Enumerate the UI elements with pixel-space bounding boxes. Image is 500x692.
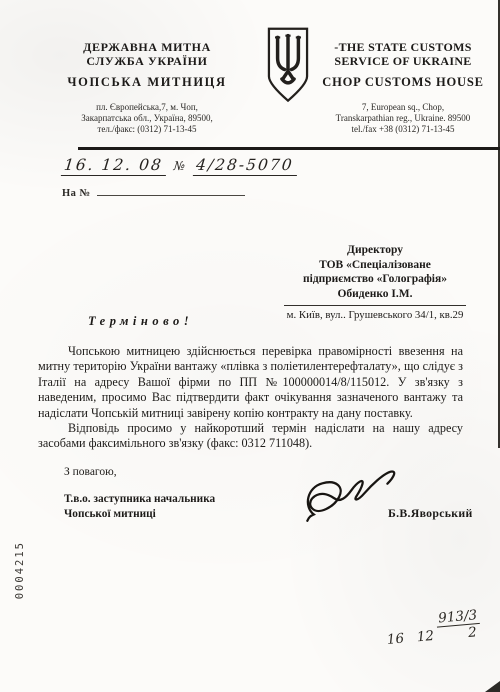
reply-reference-label: На №: [62, 188, 91, 199]
closing-phrase: З повагою,: [64, 466, 117, 478]
address-en-line3: tel./fax +38 (0312) 71-13-45: [312, 124, 494, 135]
address-en: 7, European sq., Chop, Transkarpathian r…: [312, 102, 494, 135]
signature-scribble: [296, 462, 408, 533]
address-ua-line3: тел./факс: (0312) 71-13-45: [52, 124, 242, 135]
office-name-en: CHOP CUSTOMS HOUSE: [312, 75, 494, 89]
handwritten-notes: 913/3 16 12 2: [385, 607, 482, 648]
org-name-ua-line1: ДЕРЖАВНА МИТНА: [52, 40, 242, 54]
letterhead-ua-block: ДЕРЖАВНА МИТНА СЛУЖБА УКРАЇНИ ЧОПСЬКА МИ…: [52, 40, 242, 135]
address-ua: пл. Європейська,7, м. Чоп, Закарпатська …: [52, 102, 242, 135]
body-paragraph-1: Чопською митницею здійснюється перевірка…: [38, 344, 463, 421]
reference-line: 16. 12. 08 № 4/28-5070: [61, 156, 299, 174]
recipient-block: Директору ТОВ «Спеціалізоване підприємст…: [268, 243, 482, 323]
scanned-letter-page: ДЕРЖАВНА МИТНА СЛУЖБА УКРАЇНИ ЧОПСЬКА МИ…: [0, 0, 500, 692]
address-en-line1: 7, European sq., Chop,: [312, 102, 494, 113]
scan-corner-artifact: [485, 681, 500, 692]
recipient-company-line2: підприємство «Голографія»: [268, 272, 482, 287]
signer-name: Б.В.Яворський: [388, 506, 473, 521]
address-en-line2: Transkarpathian reg., Ukraine. 89500: [312, 113, 494, 124]
recipient-person: Обиденко І.М.: [268, 287, 482, 302]
document-counter-stamp: 0004215: [14, 541, 26, 599]
signer-title-line1: Т.в.о. заступника начальника: [64, 492, 215, 507]
org-name-ua-line2: СЛУЖБА УКРАЇНИ: [52, 54, 242, 68]
office-name-ua: ЧОПСЬКА МИТНИЦЯ: [52, 75, 242, 89]
recipient-address: м. Київ, вул.. Грушевського 34/1, кв.29: [268, 308, 482, 323]
urgent-label: Терміново!: [88, 314, 193, 329]
reply-reference-blank: [97, 184, 245, 196]
handwritten-ref-number: 4/28-5070: [193, 156, 299, 176]
number-sign: №: [173, 159, 188, 173]
org-name-en-line2: SERVICE OF UKRAINE: [312, 54, 494, 68]
body-paragraph-2: Відповідь просимо у найкоротший термін н…: [38, 421, 463, 452]
recipient-divider: [284, 305, 466, 306]
address-ua-line1: пл. Європейська,7, м. Чоп,: [52, 102, 242, 113]
handwritten-date: 16. 12. 08: [61, 156, 168, 176]
letterhead-en-block: -THE STATE CUSTOMS SERVICE OF UKRAINE CH…: [312, 40, 494, 135]
reply-reference-line: На №: [62, 184, 245, 199]
recipient-position: Директору: [268, 243, 482, 258]
letter-body: Чопською митницею здійснюється перевірка…: [38, 344, 463, 452]
letterhead-divider: [78, 147, 500, 150]
ukraine-trident-emblem: [262, 26, 314, 106]
recipient-company-line1: ТОВ «Спеціалізоване: [268, 258, 482, 273]
org-name-en-line1: -THE STATE CUSTOMS: [312, 40, 494, 54]
address-ua-line2: Закарпатська обл., Україна, 89500,: [52, 113, 242, 124]
signer-title: Т.в.о. заступника начальника Чопської ми…: [64, 492, 215, 521]
signer-title-line2: Чопської митниці: [64, 507, 215, 522]
